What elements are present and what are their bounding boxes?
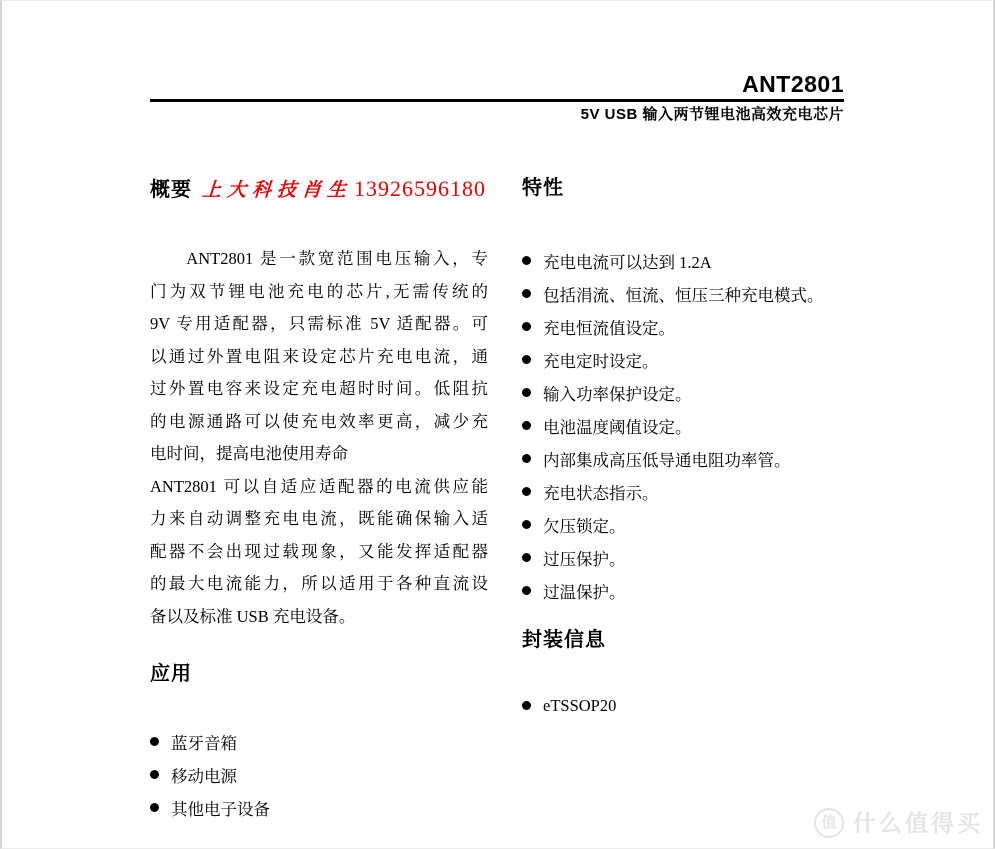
application-label: 移动电源 xyxy=(171,763,237,787)
datasheet-page: ANT2801 5V USB 输入两节锂电池高效充电芯片 概要 上大科技肖生13… xyxy=(0,0,995,849)
part-number: ANT2801 xyxy=(150,71,844,97)
page-subtitle: 5V USB 输入两节锂电池高效充电芯片 xyxy=(150,105,844,125)
application-label: 其他电子设备 xyxy=(171,796,270,820)
paragraph-line: 的电源通路可以使充电效率更高，减少充 xyxy=(150,406,488,439)
header-rule xyxy=(150,99,844,102)
bullet-icon xyxy=(522,454,531,463)
list-item: eTSSOP20 xyxy=(522,689,872,722)
two-column-content: 概要 上大科技肖生13926596180 ANT2801 是一款宽范围电压输入，… xyxy=(150,175,993,824)
list-item: 移动电源 xyxy=(150,758,488,791)
smzdm-watermark: 值 什么值得买 xyxy=(814,808,983,838)
overview-paragraph: ANT2801 是一款宽范围电压输入，专 门为双节锂电池充电的芯片,无需传统的 … xyxy=(150,243,488,633)
feature-label: 充电定时设定。 xyxy=(543,348,659,372)
paragraph-line: 的最大电流能力，所以适用于各种直流设 xyxy=(150,568,488,601)
feature-label: 包括涓流、恒流、恒压三种充电模式。 xyxy=(543,282,824,306)
paragraph-line: 力来自动调整充电电流，既能确保输入适 xyxy=(150,503,488,536)
paragraph-line: 门为双节锂电池充电的芯片,无需传统的 xyxy=(150,276,488,309)
bullet-icon xyxy=(522,520,531,529)
bullet-icon xyxy=(522,289,531,298)
feature-label: 内部集成高压低导通电阻功率管。 xyxy=(543,447,791,471)
bullet-icon xyxy=(150,803,159,812)
feature-label: 过压保护。 xyxy=(543,546,626,570)
bullet-icon xyxy=(522,421,531,430)
list-item: 蓝牙音箱 xyxy=(150,725,488,758)
package-heading: 封装信息 xyxy=(522,627,872,653)
paragraph-line: 过外置电容来设定充电超时时间。低阻抗 xyxy=(150,373,488,406)
list-item: 过压保护。 xyxy=(522,541,872,574)
vendor-watermark-phone: 13926596180 xyxy=(354,176,486,201)
overview-heading-row: 概要 上大科技肖生13926596180 xyxy=(150,175,488,203)
paragraph-line: 9V 专用适配器，只需标准 5V 适配器。可 xyxy=(150,308,488,341)
vendor-watermark-text: 上大科技肖生 xyxy=(200,175,359,202)
paragraph-line: 备以及标准 USB 充电设备。 xyxy=(150,601,488,634)
list-item: 充电状态指示。 xyxy=(522,475,872,508)
feature-label: 充电状态指示。 xyxy=(543,480,659,504)
paragraph-line: 以通过外置电阻来设定芯片充电电流，通 xyxy=(150,341,488,374)
paragraph-line: 电时间，提高电池使用寿命 xyxy=(150,438,488,471)
bullet-icon xyxy=(522,256,531,265)
features-list: 充电电流可以达到 1.2A 包括涓流、恒流、恒压三种充电模式。 充电恒流值设定。… xyxy=(522,244,872,607)
list-item: 充电恒流值设定。 xyxy=(522,310,872,343)
applications-heading: 应用 xyxy=(150,661,488,687)
feature-label: 充电电流可以达到 1.2A xyxy=(543,249,712,273)
list-item: 电池温度阈值设定。 xyxy=(522,409,872,442)
bullet-icon xyxy=(522,701,531,710)
feature-label: 输入功率保护设定。 xyxy=(543,381,692,405)
feature-label: 电池温度阈值设定。 xyxy=(543,414,692,438)
applications-list: 蓝牙音箱 移动电源 其他电子设备 xyxy=(150,725,488,824)
smzdm-badge-icon: 值 xyxy=(814,808,844,838)
vendor-watermark: 上大科技肖生13926596180 xyxy=(204,175,486,202)
bullet-icon xyxy=(522,355,531,364)
bullet-icon xyxy=(522,388,531,397)
bullet-icon xyxy=(150,770,159,779)
paragraph-line: ANT2801 可以自适应适配器的电流供应能 xyxy=(150,471,488,504)
list-item: 内部集成高压低导通电阻功率管。 xyxy=(522,442,872,475)
list-item: 充电电流可以达到 1.2A xyxy=(522,244,872,277)
overview-heading: 概要 xyxy=(150,177,192,203)
features-heading: 特性 xyxy=(522,175,872,201)
application-label: 蓝牙音箱 xyxy=(171,730,237,754)
list-item: 输入功率保护设定。 xyxy=(522,376,872,409)
package-list: eTSSOP20 xyxy=(522,689,872,722)
bullet-icon xyxy=(522,586,531,595)
list-item: 充电定时设定。 xyxy=(522,343,872,376)
bullet-icon xyxy=(522,322,531,331)
smzdm-watermark-text: 什么值得买 xyxy=(853,810,983,836)
list-item: 欠压锁定。 xyxy=(522,508,872,541)
bullet-icon xyxy=(150,737,159,746)
list-item: 其他电子设备 xyxy=(150,791,488,824)
bullet-icon xyxy=(522,487,531,496)
feature-label: 充电恒流值设定。 xyxy=(543,315,675,339)
package-label: eTSSOP20 xyxy=(543,696,616,716)
left-column: 概要 上大科技肖生13926596180 ANT2801 是一款宽范围电压输入，… xyxy=(150,175,488,824)
paragraph-line: 配器不会出现过载现象，又能发挥适配器 xyxy=(150,536,488,569)
header: ANT2801 5V USB 输入两节锂电池高效充电芯片 xyxy=(150,71,844,125)
bullet-icon xyxy=(522,553,531,562)
feature-label: 欠压锁定。 xyxy=(543,513,626,537)
list-item: 包括涓流、恒流、恒压三种充电模式。 xyxy=(522,277,872,310)
feature-label: 过温保护。 xyxy=(543,579,626,603)
right-column: 特性 充电电流可以达到 1.2A 包括涓流、恒流、恒压三种充电模式。 充电恒流值… xyxy=(522,175,872,824)
list-item: 过温保护。 xyxy=(522,574,872,607)
paragraph-line: ANT2801 是一款宽范围电压输入，专 xyxy=(150,243,488,276)
